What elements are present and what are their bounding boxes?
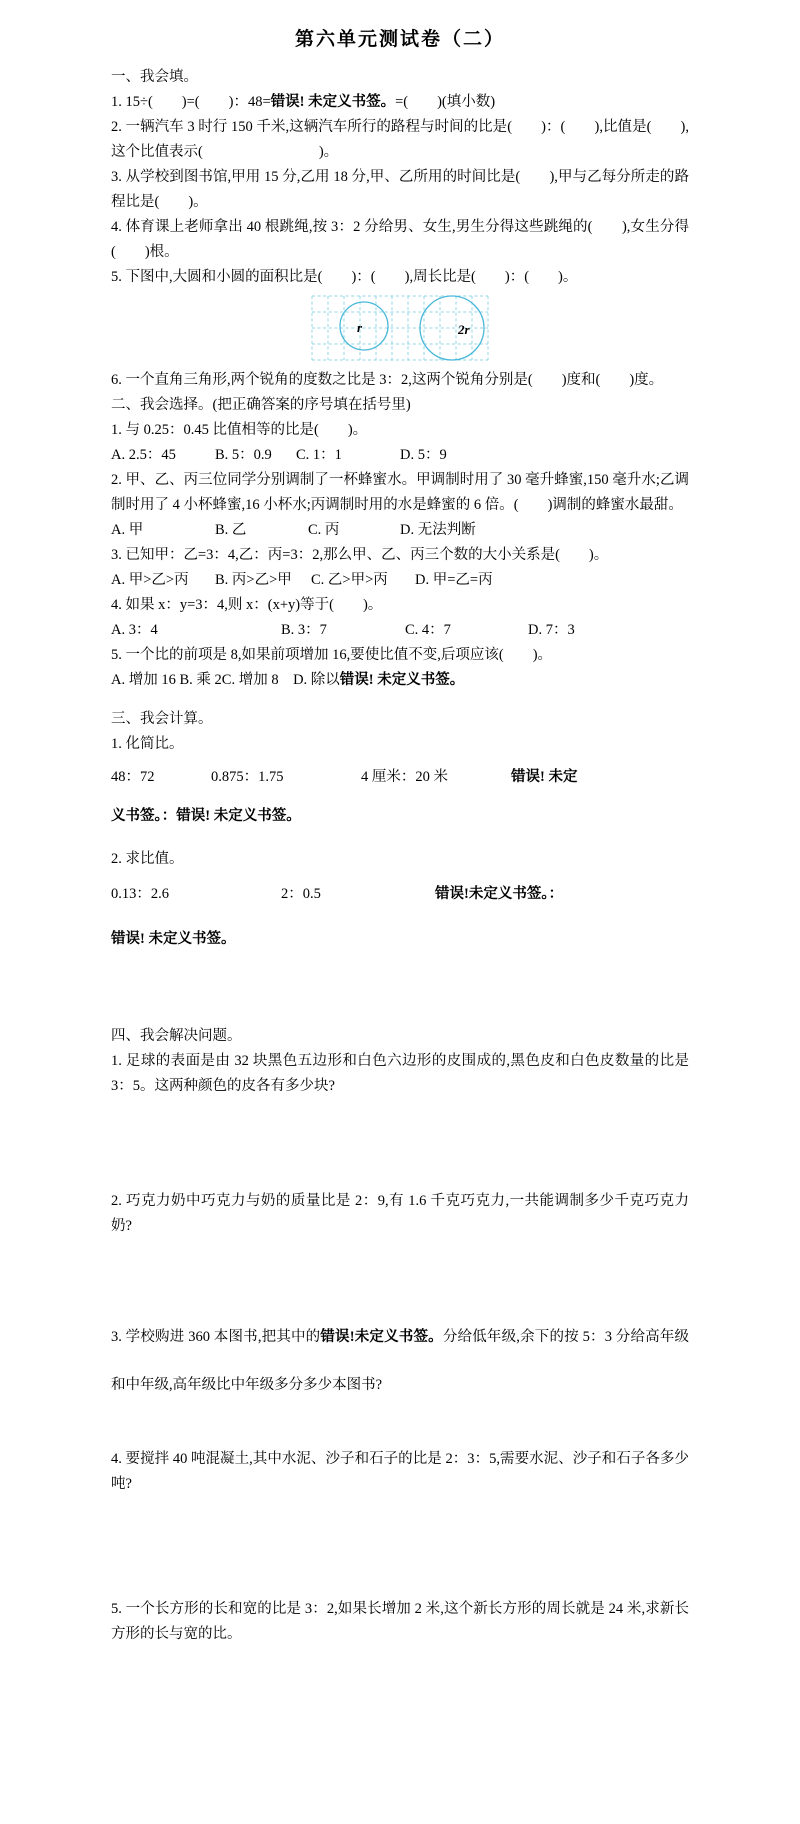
section-problem-solving: 四、我会解决问题。1. 足球的表面是由 32 块黑色五边形和白色六边形的皮围成的… [111, 1024, 689, 1647]
row-item: 4 厘米：20 米 [361, 765, 511, 790]
question-line: A. 增加 16 B. 乘 2C. 增加 8 D. 除以错误! 未定义书签。 [111, 668, 689, 693]
text-segment: 2. 甲、乙、丙三位同学分别调制了一杯蜂蜜水。甲调制时用了 30 毫升蜂蜜,15… [111, 472, 689, 513]
row-item: B. 丙>乙>甲 [215, 568, 311, 593]
small-circle-label: r [357, 320, 363, 335]
options-line: A. 2.5：45B. 5：0.9C. 1：1D. 5：9 [111, 443, 689, 468]
row-item: B. 5：0.9 [215, 443, 296, 468]
section-multiple-choice: 二、我会选择。(把正确答案的序号填在括号里)1. 与 0.25：0.45 比值相… [111, 393, 689, 693]
question-line: 1. 化简比。 [111, 732, 689, 757]
text-segment: 1. 与 0.25：0.45 比值相等的比是( )。 [111, 422, 367, 438]
small-circle [340, 302, 388, 350]
question-line: 6. 一个直角三角形,两个锐角的度数之比是 3：2,这两个锐角分别是( )度和(… [111, 368, 689, 393]
row-item: 0.13：2.6 [111, 882, 281, 907]
error-bookmark-text: 义书签。：错误! 未定义书签。 [111, 808, 301, 824]
text-segment: 2. 一辆汽车 3 时行 150 千米,这辆汽车所行的路程与时间的比是( )：(… [111, 119, 689, 160]
ratio-value-row: 0.13：2.62：0.5错误!未定义书签。： [111, 882, 689, 907]
question-line: 3. 从学校到图书馆,甲用 15 分,乙用 18 分,甲、乙所用的时间比是( )… [111, 165, 689, 215]
text-segment: 2. 求比值。 [111, 851, 184, 867]
row-item: 0.875：1.75 [211, 765, 361, 790]
simplify-ratio-row: 48：720.875：1.754 厘米：20 米错误! 未定 [111, 765, 689, 790]
text-segment: 1. 足球的表面是由 32 块黑色五边形和白色六边形的皮围成的,黑色皮和白色皮数… [111, 1053, 689, 1094]
text-segment: 4. 如果 x：y=3：4,则 x：(x+y)等于( )。 [111, 597, 382, 613]
error-bookmark-text: 错误! 未定义书签。 [340, 672, 464, 688]
row-item: D. 5：9 [400, 443, 447, 468]
question-line: 1. 与 0.25：0.45 比值相等的比是( )。 [111, 418, 689, 443]
question-line: 3. 已知甲：乙=3：4,乙：丙=3：2,那么甲、乙、丙三个数的大小关系是( )… [111, 543, 689, 568]
section-fill-blanks: 一、我会填。1. 15÷( )=( )：48=错误! 未定义书签。=( )(填小… [111, 65, 689, 393]
question-line: 4. 体育课上老师拿出 40 根跳绳,按 3：2 分给男、女生,男生分得这些跳绳… [111, 215, 689, 265]
row-item: C. 丙 [308, 518, 400, 543]
question-line: 1. 足球的表面是由 32 块黑色五边形和白色六边形的皮围成的,黑色皮和白色皮数… [111, 1049, 689, 1099]
question-line: 5. 一个长方形的长和宽的比是 3：2,如果长增加 2 米,这个新长方形的周长就… [111, 1597, 689, 1647]
text-segment: 4. 要搅拌 40 吨混凝土,其中水泥、沙子和石子的比是 2：3：5,需要水泥、… [111, 1451, 689, 1492]
circles-figure-svg: r 2r [311, 295, 489, 361]
row-item: D. 无法判断 [400, 518, 476, 543]
question-line: 4. 要搅拌 40 吨混凝土,其中水泥、沙子和石子的比是 2：3：5,需要水泥、… [111, 1447, 689, 1497]
text-segment: 5. 下图中,大圆和小圆的面积比是( )：( ),周长比是( )：( )。 [111, 269, 577, 285]
row-item: A. 甲>乙>丙 [111, 568, 215, 593]
options-line: A. 甲>乙>丙B. 丙>乙>甲C. 乙>甲>丙D. 甲=乙=丙 [111, 568, 689, 593]
text-segment: 1. 15÷( )=( )：48= [111, 94, 271, 110]
section-heading: 四、我会解决问题。 [111, 1024, 689, 1049]
question-line: 2. 甲、乙、丙三位同学分别调制了一杯蜂蜜水。甲调制时用了 30 毫升蜂蜜,15… [111, 468, 689, 518]
row-item: B. 3：7 [281, 618, 405, 643]
question-line: 义书签。：错误! 未定义书签。 [111, 804, 689, 829]
row-item: C. 4：7 [405, 618, 528, 643]
question-line: 1. 15÷( )=( )：48=错误! 未定义书签。=( )(填小数) [111, 90, 689, 115]
question-line: 2. 一辆汽车 3 时行 150 千米,这辆汽车所行的路程与时间的比是( )：(… [111, 115, 689, 165]
error-bookmark-text: 错误!未定义书签。 [320, 1329, 442, 1345]
row-item: C. 乙>甲>丙 [311, 568, 415, 593]
error-bookmark-text: 错误! 未定义书签。 [111, 931, 235, 947]
error-bookmark-text: 错误!未定义书签。： [435, 882, 563, 907]
row-item: D. 7：3 [528, 618, 575, 643]
question-line: 2. 求比值。 [111, 847, 689, 872]
text-segment: 3. 从学校到图书馆,甲用 15 分,乙用 18 分,甲、乙所用的时间比是( )… [111, 169, 689, 210]
document-body: 一、我会填。1. 15÷( )=( )：48=错误! 未定义书签。=( )(填小… [111, 65, 689, 1647]
row-item: D. 甲=乙=丙 [415, 568, 493, 593]
section-heading: 三、我会计算。 [111, 707, 689, 732]
question-line: 错误! 未定义书签。 [111, 927, 689, 952]
text-segment: =( )(填小数) [395, 94, 495, 110]
text-segment: 4. 体育课上老师拿出 40 根跳绳,按 3：2 分给男、女生,男生分得这些跳绳… [111, 219, 689, 260]
text-segment: A. 增加 16 B. 乘 2C. 增加 8 D. 除以 [111, 672, 340, 688]
text-segment: 5. 一个长方形的长和宽的比是 3：2,如果长增加 2 米,这个新长方形的周长就… [111, 1601, 689, 1642]
text-segment: 1. 化简比。 [111, 736, 184, 752]
row-item: A. 甲 [111, 518, 215, 543]
row-item: A. 3：4 [111, 618, 281, 643]
text-segment: 6. 一个直角三角形,两个锐角的度数之比是 3：2,这两个锐角分别是( )度和(… [111, 372, 663, 388]
question-line: 2. 巧克力奶中巧克力与奶的质量比是 2：9,有 1.6 千克巧克力,一共能调制… [111, 1189, 689, 1239]
question-line: 5. 下图中,大圆和小圆的面积比是( )：( ),周长比是( )：( )。 [111, 265, 689, 290]
test-paper-page: 第六单元测试卷（二） 一、我会填。1. 15÷( )=( )：48=错误! 未定… [111, 0, 689, 1647]
row-item: A. 2.5：45 [111, 443, 215, 468]
page-title: 第六单元测试卷（二） [111, 24, 689, 51]
circles-figure: r 2r [111, 295, 689, 361]
section-calculation: 三、我会计算。1. 化简比。48：720.875：1.754 厘米：20 米错误… [111, 707, 689, 952]
question-line: 3. 学校购进 360 本图书,把其中的错误!未定义书签。分给低年级,余下的按 … [111, 1313, 689, 1409]
options-line: A. 3：4B. 3：7C. 4：7D. 7：3 [111, 618, 689, 643]
text-segment: 3. 已知甲：乙=3：4,乙：丙=3：2,那么甲、乙、丙三个数的大小关系是( )… [111, 547, 608, 563]
question-line: 5. 一个比的前项是 8,如果前项增加 16,要使比值不变,后项应该( )。 [111, 643, 689, 668]
error-bookmark-text: 错误! 未定 [511, 765, 577, 790]
text-segment: 3. 学校购进 360 本图书,把其中的 [111, 1329, 320, 1345]
large-circle-label: 2r [457, 322, 471, 337]
options-line: A. 甲B. 乙C. 丙D. 无法判断 [111, 518, 689, 543]
text-segment: 5. 一个比的前项是 8,如果前项增加 16,要使比值不变,后项应该( )。 [111, 647, 552, 663]
text-segment: 2. 巧克力奶中巧克力与奶的质量比是 2：9,有 1.6 千克巧克力,一共能调制… [111, 1193, 689, 1234]
section-heading: 二、我会选择。(把正确答案的序号填在括号里) [111, 393, 689, 418]
row-item: 48：72 [111, 765, 211, 790]
row-item: B. 乙 [215, 518, 308, 543]
row-item: 2：0.5 [281, 882, 435, 907]
row-item: C. 1：1 [296, 443, 400, 468]
question-line: 4. 如果 x：y=3：4,则 x：(x+y)等于( )。 [111, 593, 689, 618]
section-heading: 一、我会填。 [111, 65, 689, 90]
error-bookmark-text: 错误! 未定义书签。 [271, 94, 395, 110]
